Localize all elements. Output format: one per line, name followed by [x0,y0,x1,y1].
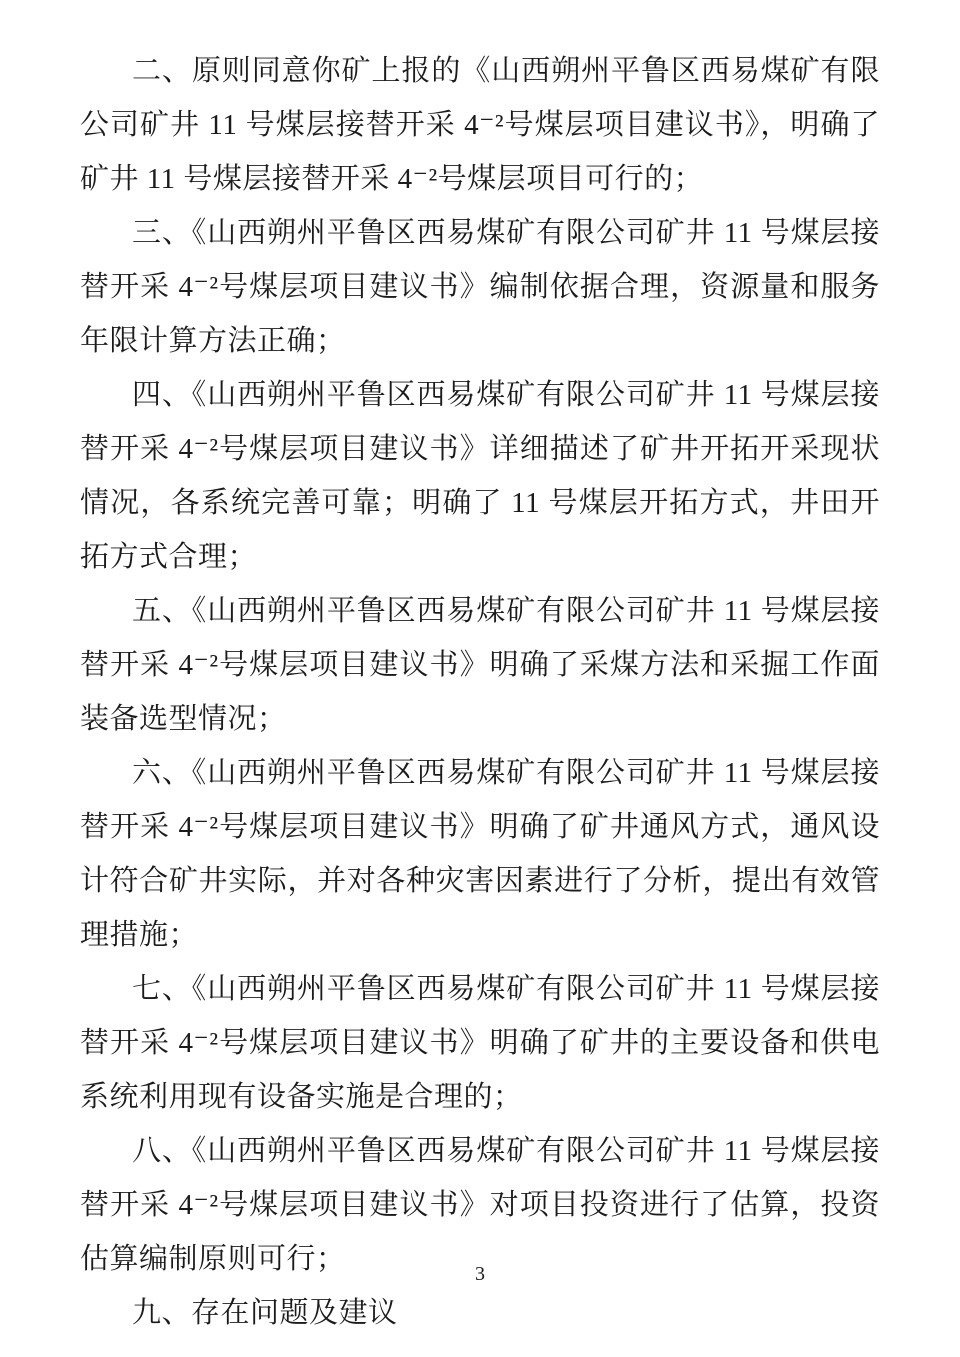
paragraph-item-6: 六、《山西朔州平鲁区西易煤矿有限公司矿井 11 号煤层接替开采 4⁻²号煤层项目… [80,746,880,962]
page-number: 3 [0,1262,960,1286]
paragraph-item-2: 二、原则同意你矿上报的《山西朔州平鲁区西易煤矿有限公司矿井 11 号煤层接替开采… [80,44,880,206]
paragraph-item-3: 三、《山西朔州平鲁区西易煤矿有限公司矿井 11 号煤层接替开采 4⁻²号煤层项目… [80,206,880,368]
paragraph-item-5: 五、《山西朔州平鲁区西易煤矿有限公司矿井 11 号煤层接替开采 4⁻²号煤层项目… [80,584,880,746]
paragraph-item-4: 四、《山西朔州平鲁区西易煤矿有限公司矿井 11 号煤层接替开采 4⁻²号煤层项目… [80,368,880,584]
paragraph-item-9: 九、存在问题及建议 [80,1286,880,1340]
document-page: 二、原则同意你矿上报的《山西朔州平鲁区西易煤矿有限公司矿井 11 号煤层接替开采… [0,0,960,1357]
paragraph-item-7: 七、《山西朔州平鲁区西易煤矿有限公司矿井 11 号煤层接替开采 4⁻²号煤层项目… [80,962,880,1124]
document-body: 二、原则同意你矿上报的《山西朔州平鲁区西易煤矿有限公司矿井 11 号煤层接替开采… [80,44,880,1340]
